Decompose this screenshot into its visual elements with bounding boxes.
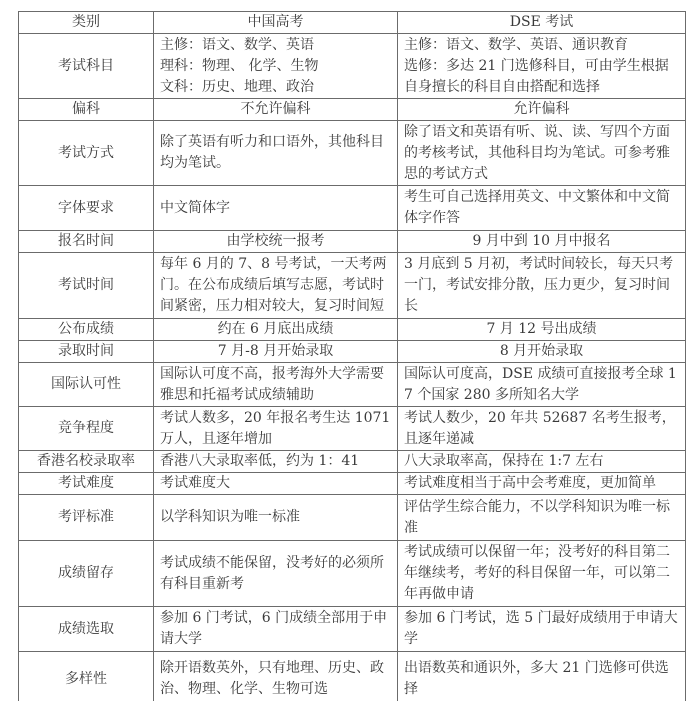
category-cell: 香港名校录取率 — [19, 451, 154, 473]
dse-cell: 考试成绩可以保留一年；没考好的科目第二年继续考，考好的科目保留一年，可以第二年再… — [398, 541, 686, 607]
category-cell: 成绩留存 — [19, 541, 154, 607]
dse-cell: 考试难度相当于高中会考难度，更加简单 — [398, 473, 686, 495]
category-cell: 考评标准 — [19, 495, 154, 541]
dse-cell: 八大录取率高，保持在 1:7 左右 — [398, 451, 686, 473]
category-cell: 考试方式 — [19, 121, 154, 186]
gaokao-cell: 香港八大录取率低，约为 1：41 — [154, 451, 398, 473]
table-body: 考试科目主修：语文、数学、英语理科：物理、 化学、生物文科：历史、地理、政治主修… — [19, 34, 686, 701]
table-row: 偏科不允许偏科允许偏科 — [19, 99, 686, 121]
header-category: 类别 — [19, 12, 154, 34]
table-row: 公布成绩约在 6 月底出成绩7 月 12 号出成绩 — [19, 319, 686, 341]
category-cell: 报名时间 — [19, 231, 154, 253]
category-cell: 多样性 — [19, 652, 154, 701]
category-cell: 考试难度 — [19, 473, 154, 495]
category-cell: 字体要求 — [19, 186, 154, 231]
category-cell: 成绩选取 — [19, 607, 154, 652]
table-row: 考评标准以学科知识为唯一标准评估学生综合能力，不以学科知识为唯一标准 — [19, 495, 686, 541]
gaokao-cell: 除开语数英外，只有地理、历史、政治、物理、化学、生物可选 — [154, 652, 398, 701]
gaokao-cell: 中文简体字 — [154, 186, 398, 231]
gaokao-cell: 参加 6 门考试，6 门成绩全部用于申请大学 — [154, 607, 398, 652]
header-dse: DSE 考试 — [398, 12, 686, 34]
gaokao-cell: 考试人数多，20 年报名考生达 1071 万人，且逐年增加 — [154, 407, 398, 451]
table-row: 竞争程度考试人数多，20 年报名考生达 1071 万人，且逐年增加考试人数少，2… — [19, 407, 686, 451]
dse-cell: 考试人数少，20 年共 52687 名考生报考，且逐年递减 — [398, 407, 686, 451]
dse-cell: 9 月中到 10 月中报名 — [398, 231, 686, 253]
gaokao-cell: 国际认可度不高，报考海外大学需要雅思和托福考试成绩辅助 — [154, 363, 398, 407]
table-row: 考试方式除了英语有听力和口语外，其他科目均为笔试。除了语文和英语有听、说、读、写… — [19, 121, 686, 186]
table-row: 香港名校录取率香港八大录取率低，约为 1：41八大录取率高，保持在 1:7 左右 — [19, 451, 686, 473]
gaokao-cell: 以学科知识为唯一标准 — [154, 495, 398, 541]
header-gaokao: 中国高考 — [154, 12, 398, 34]
category-cell: 竞争程度 — [19, 407, 154, 451]
dse-cell: 考生可自己选择用英文、中文繁体和中文简体字作答 — [398, 186, 686, 231]
gaokao-cell: 由学校统一报考 — [154, 231, 398, 253]
gaokao-cell: 每年 6 月的 7、8 号考试，一天考两门。在公布成绩后填写志愿，考试时间紧密，… — [154, 253, 398, 319]
gaokao-cell: 除了英语有听力和口语外，其他科目均为笔试。 — [154, 121, 398, 186]
category-cell: 考试科目 — [19, 34, 154, 99]
table-row: 考试时间每年 6 月的 7、8 号考试，一天考两门。在公布成绩后填写志愿，考试时… — [19, 253, 686, 319]
category-cell: 公布成绩 — [19, 319, 154, 341]
table-row: 考试难度考试难度大考试难度相当于高中会考难度，更加简单 — [19, 473, 686, 495]
category-cell: 考试时间 — [19, 253, 154, 319]
table-row: 成绩留存考试成绩不能保留，没考好的必须所有科目重新考考试成绩可以保留一年；没考好… — [19, 541, 686, 607]
table-row: 报名时间由学校统一报考9 月中到 10 月中报名 — [19, 231, 686, 253]
dse-cell: 8 月开始录取 — [398, 341, 686, 363]
dse-cell: 除了语文和英语有听、说、读、写四个方面的考核考试，其他科目均为笔试。可参考雅思的… — [398, 121, 686, 186]
table-row: 考试科目主修：语文、数学、英语理科：物理、 化学、生物文科：历史、地理、政治主修… — [19, 34, 686, 99]
dse-cell: 3 月底到 5 月初，考试时间较长，每天只考一门，考试安排分散，压力更少，复习时… — [398, 253, 686, 319]
table-row: 字体要求中文简体字考生可自己选择用英文、中文繁体和中文简体字作答 — [19, 186, 686, 231]
gaokao-cell: 不允许偏科 — [154, 99, 398, 121]
table-row: 成绩选取参加 6 门考试，6 门成绩全部用于申请大学参加 6 门考试，选 5 门… — [19, 607, 686, 652]
dse-cell: 允许偏科 — [398, 99, 686, 121]
gaokao-cell: 7 月-8 月开始录取 — [154, 341, 398, 363]
header-row: 类别 中国高考 DSE 考试 — [19, 12, 686, 34]
category-cell: 国际认可性 — [19, 363, 154, 407]
comparison-table: 类别 中国高考 DSE 考试 考试科目主修：语文、数学、英语理科：物理、 化学、… — [18, 11, 686, 701]
dse-cell: 评估学生综合能力，不以学科知识为唯一标准 — [398, 495, 686, 541]
gaokao-cell: 考试成绩不能保留，没考好的必须所有科目重新考 — [154, 541, 398, 607]
category-cell: 录取时间 — [19, 341, 154, 363]
dse-cell: 主修：语文、数学、英语、通识教育选修：多达 21 门选修科目，可由学生根据自身擅… — [398, 34, 686, 99]
dse-cell: 7 月 12 号出成绩 — [398, 319, 686, 341]
dse-cell: 国际认可度高，DSE 成绩可直接报考全球 17 个国家 280 多所知名大学 — [398, 363, 686, 407]
table-row: 录取时间7 月-8 月开始录取8 月开始录取 — [19, 341, 686, 363]
dse-cell: 参加 6 门考试，选 5 门最好成绩用于申请大学 — [398, 607, 686, 652]
category-cell: 偏科 — [19, 99, 154, 121]
gaokao-cell: 约在 6 月底出成绩 — [154, 319, 398, 341]
table-row: 国际认可性国际认可度不高，报考海外大学需要雅思和托福考试成绩辅助国际认可度高，D… — [19, 363, 686, 407]
gaokao-cell: 主修：语文、数学、英语理科：物理、 化学、生物文科：历史、地理、政治 — [154, 34, 398, 99]
table-row: 多样性除开语数英外，只有地理、历史、政治、物理、化学、生物可选出语数英和通识外，… — [19, 652, 686, 701]
dse-cell: 出语数英和通识外，多大 21 门选修可供选择 — [398, 652, 686, 701]
gaokao-cell: 考试难度大 — [154, 473, 398, 495]
